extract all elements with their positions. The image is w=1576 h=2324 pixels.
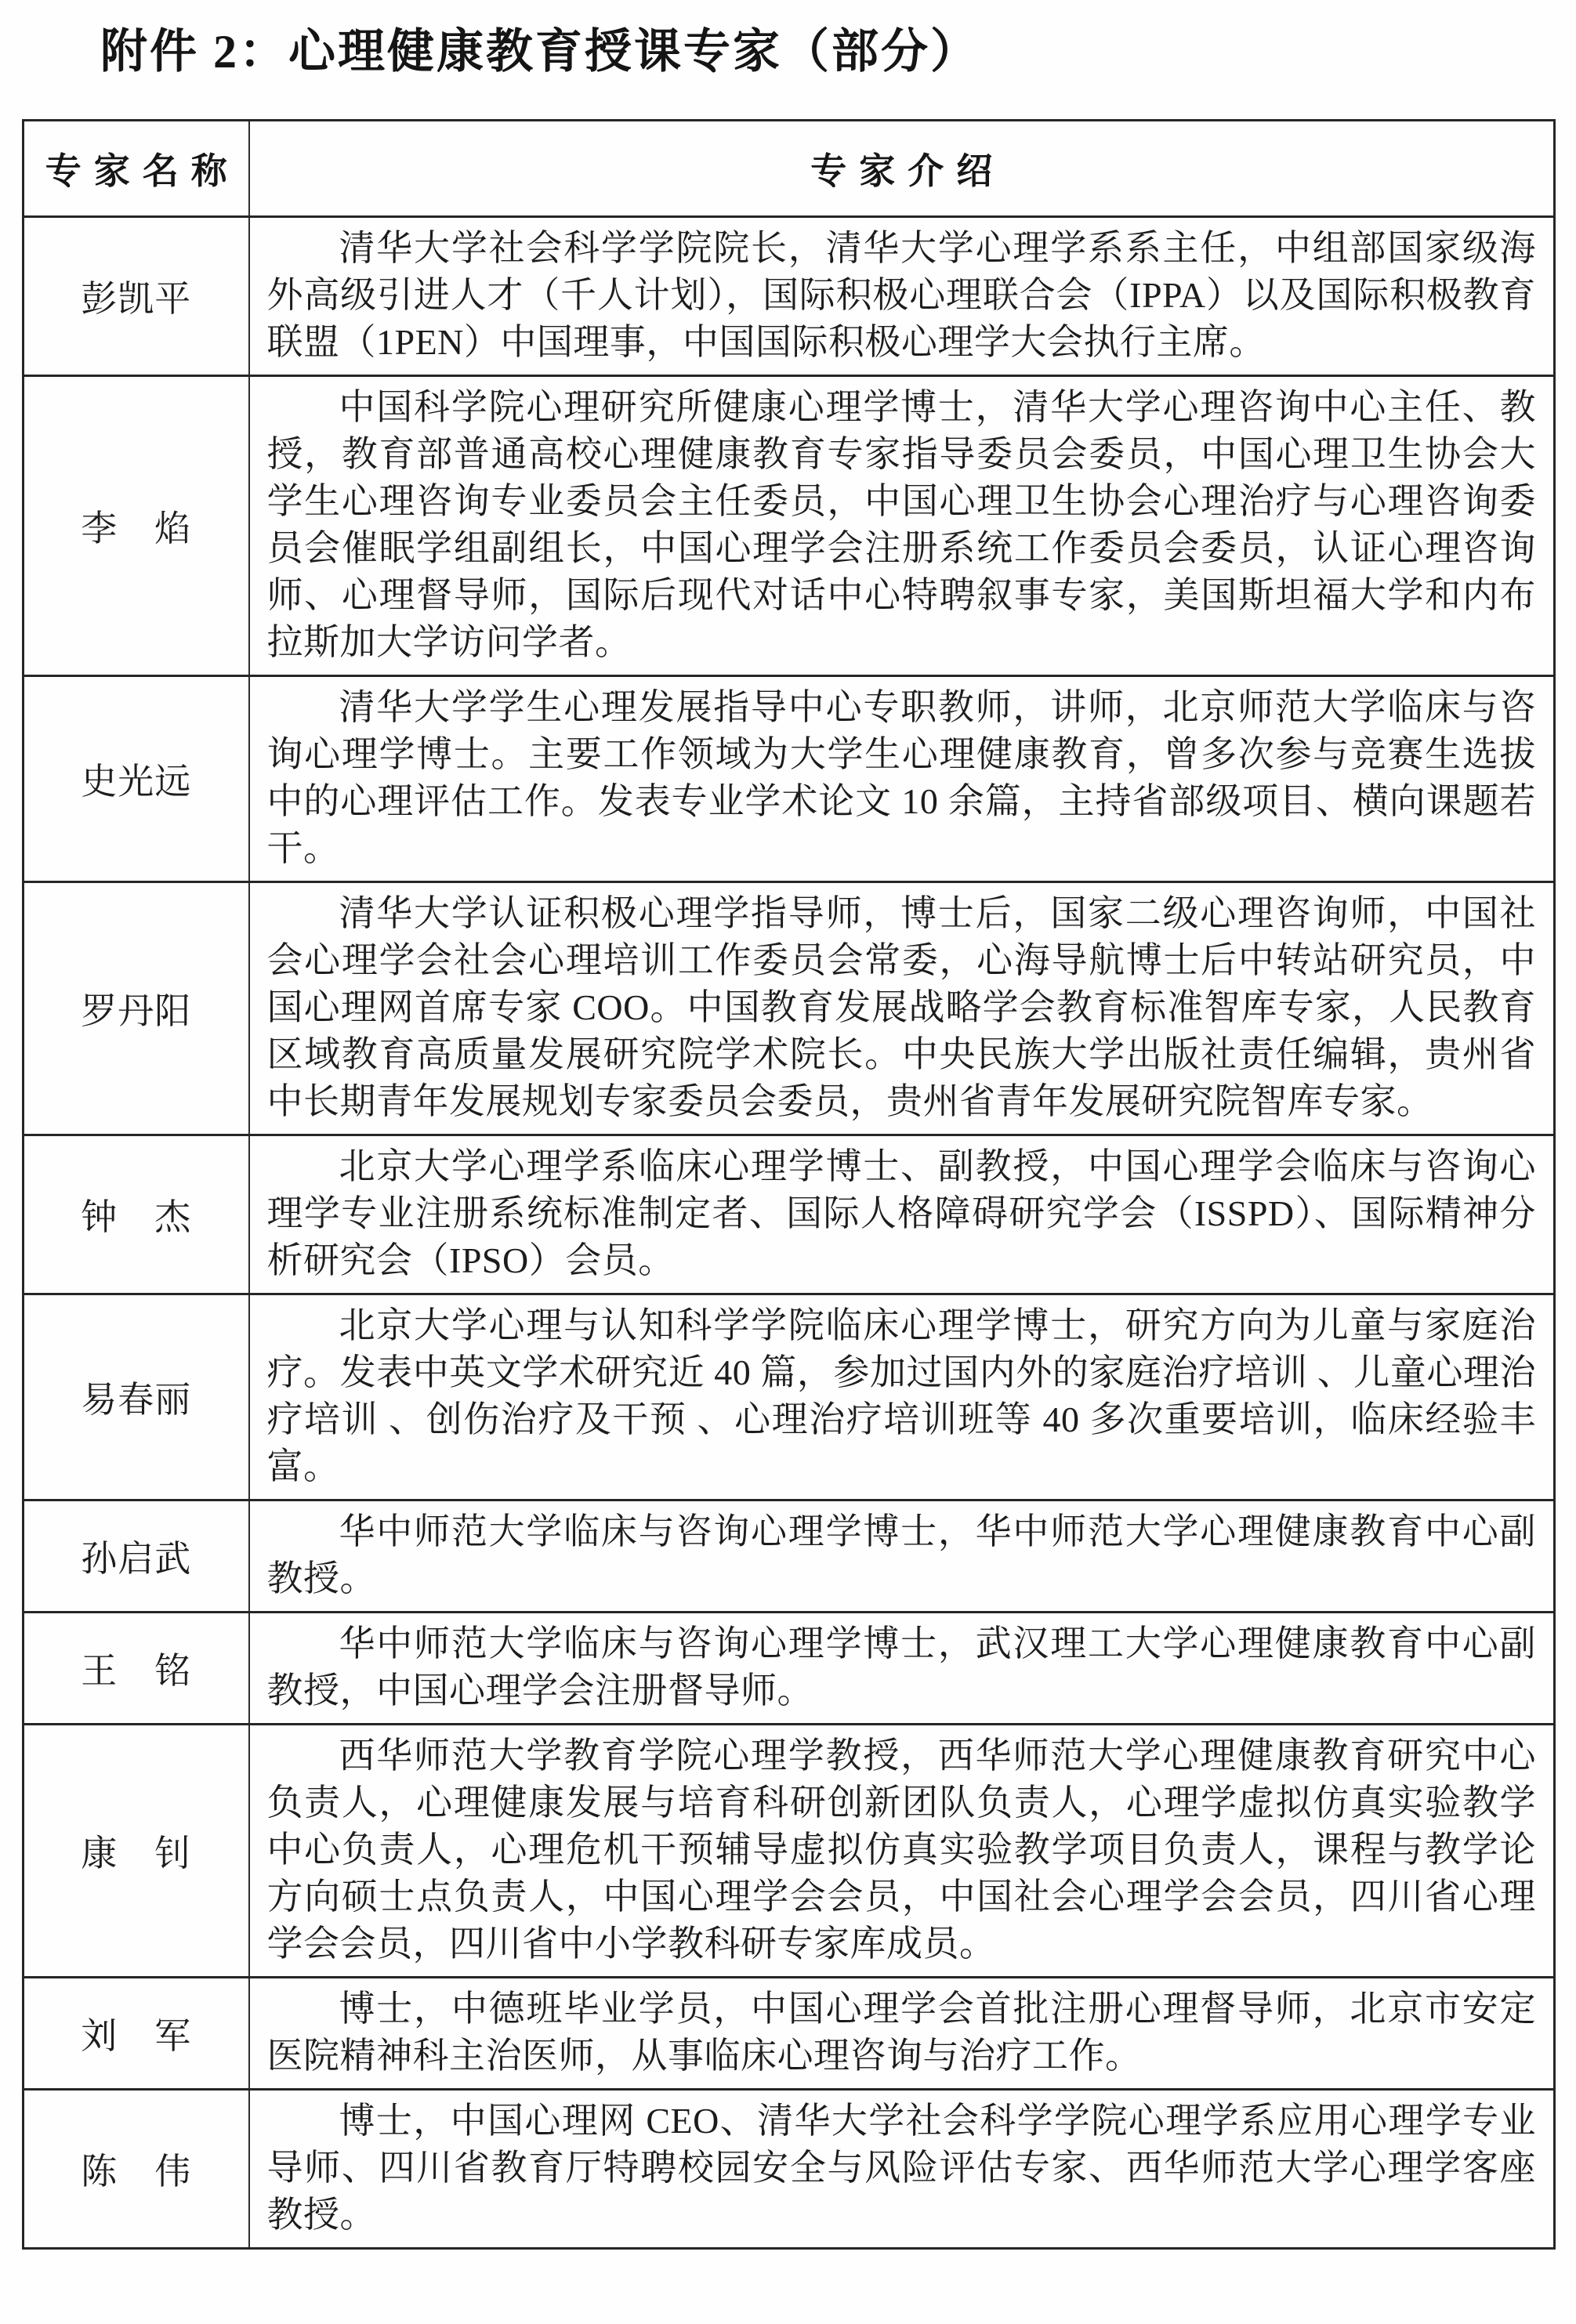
expert-intro: 博士，中德班毕业学员，中国心理学会首批注册心理督导师，北京市安定医院精神科主治医… xyxy=(267,1986,1537,2080)
expert-name: 易春丽 xyxy=(24,1294,249,1500)
expert-intro-cell: 华中师范大学临床与咨询心理学博士，华中师范大学心理健康教育中心副教授。 xyxy=(249,1500,1555,1613)
expert-intro: 博士，中国心理网 CEO、清华大学社会科学学院心理学系应用心理学专业导师、四川省… xyxy=(267,2098,1537,2239)
table-row: 彭凯平清华大学社会科学学院院长，清华大学心理学系系主任，中组部国家级海外高级引进… xyxy=(24,217,1555,376)
expert-name: 钟 杰 xyxy=(24,1135,249,1294)
table-row: 李 焰中国科学院心理研究所健康心理学博士，清华大学心理咨询中心主任、教授，教育部… xyxy=(24,376,1555,676)
expert-name: 刘 军 xyxy=(24,1978,249,2090)
expert-name: 李 焰 xyxy=(24,376,249,676)
experts-table-header: 专家名称 专家介绍 xyxy=(24,121,1555,217)
expert-intro: 中国科学院心理研究所健康心理学博士，清华大学心理咨询中心主任、教授，教育部普通高… xyxy=(267,384,1537,666)
expert-name: 彭凯平 xyxy=(24,217,249,376)
expert-name: 史光远 xyxy=(24,676,249,882)
experts-table-body: 彭凯平清华大学社会科学学院院长，清华大学心理学系系主任，中组部国家级海外高级引进… xyxy=(24,217,1555,2249)
table-row: 罗丹阳清华大学认证积极心理学指导师，博士后，国家二级心理咨询师，中国社会心理学会… xyxy=(24,882,1555,1135)
header-row: 专家名称 专家介绍 xyxy=(24,121,1555,217)
expert-intro-cell: 华中师范大学临床与咨询心理学博士，武汉理工大学心理健康教育中心副教授，中国心理学… xyxy=(249,1613,1555,1725)
expert-intro-cell: 中国科学院心理研究所健康心理学博士，清华大学心理咨询中心主任、教授，教育部普通高… xyxy=(249,376,1555,676)
expert-intro: 华中师范大学临床与咨询心理学博士，华中师范大学心理健康教育中心副教授。 xyxy=(267,1508,1537,1602)
expert-intro: 西华师范大学教育学院心理学教授，西华师范大学心理健康教育研究中心负责人，心理健康… xyxy=(267,1732,1537,1967)
expert-intro-cell: 清华大学认证积极心理学指导师，博士后，国家二级心理咨询师，中国社会心理学会社会心… xyxy=(249,882,1555,1135)
experts-table: 专家名称 专家介绍 彭凯平清华大学社会科学学院院长，清华大学心理学系系主任，中组… xyxy=(22,119,1556,2250)
expert-intro-cell: 博士，中德班毕业学员，中国心理学会首批注册心理督导师，北京市安定医院精神科主治医… xyxy=(249,1978,1555,2090)
expert-intro: 清华大学社会科学学院院长，清华大学心理学系系主任，中组部国家级海外高级引进人才（… xyxy=(267,225,1537,366)
table-row: 王 铭华中师范大学临床与咨询心理学博士，武汉理工大学心理健康教育中心副教授，中国… xyxy=(24,1613,1555,1725)
table-row: 康 钊西华师范大学教育学院心理学教授，西华师范大学心理健康教育研究中心负责人，心… xyxy=(24,1725,1555,1978)
expert-intro-cell: 北京大学心理与认知科学学院临床心理学博士，研究方向为儿童与家庭治疗。发表中英文学… xyxy=(249,1294,1555,1500)
expert-intro: 华中师范大学临床与咨询心理学博士，武汉理工大学心理健康教育中心副教授，中国心理学… xyxy=(267,1620,1537,1714)
expert-name: 孙启武 xyxy=(24,1500,249,1613)
expert-intro-cell: 北京大学心理学系临床心理学博士、副教授，中国心理学会临床与咨询心理学专业注册系统… xyxy=(249,1135,1555,1294)
expert-intro-cell: 博士，中国心理网 CEO、清华大学社会科学学院心理学系应用心理学专业导师、四川省… xyxy=(249,2090,1555,2249)
expert-intro-cell: 清华大学学生心理发展指导中心专职教师，讲师，北京师范大学临床与咨询心理学博士。主… xyxy=(249,676,1555,882)
expert-name: 王 铭 xyxy=(24,1613,249,1725)
expert-name: 陈 伟 xyxy=(24,2090,249,2249)
expert-intro: 清华大学学生心理发展指导中心专职教师，讲师，北京师范大学临床与咨询心理学博士。主… xyxy=(267,684,1537,872)
table-row: 陈 伟博士，中国心理网 CEO、清华大学社会科学学院心理学系应用心理学专业导师、… xyxy=(24,2090,1555,2249)
expert-intro: 北京大学心理学系临床心理学博士、副教授，中国心理学会临床与咨询心理学专业注册系统… xyxy=(267,1143,1537,1284)
header-expert-intro: 专家介绍 xyxy=(249,121,1555,217)
expert-intro: 清华大学认证积极心理学指导师，博士后，国家二级心理咨询师，中国社会心理学会社会心… xyxy=(267,890,1537,1125)
document-title: 附件 2：心理健康教育授课专家（部分） xyxy=(0,0,1576,80)
document-page: 附件 2：心理健康教育授课专家（部分） 专家名称 专家介绍 彭凯平清华大学社会科… xyxy=(0,0,1576,2324)
expert-intro: 北京大学心理与认知科学学院临床心理学博士，研究方向为儿童与家庭治疗。发表中英文学… xyxy=(267,1302,1537,1490)
table-row: 刘 军博士，中德班毕业学员，中国心理学会首批注册心理督导师，北京市安定医院精神科… xyxy=(24,1978,1555,2090)
expert-name: 罗丹阳 xyxy=(24,882,249,1135)
table-row: 史光远清华大学学生心理发展指导中心专职教师，讲师，北京师范大学临床与咨询心理学博… xyxy=(24,676,1555,882)
expert-intro-cell: 清华大学社会科学学院院长，清华大学心理学系系主任，中组部国家级海外高级引进人才（… xyxy=(249,217,1555,376)
table-row: 易春丽北京大学心理与认知科学学院临床心理学博士，研究方向为儿童与家庭治疗。发表中… xyxy=(24,1294,1555,1500)
table-row: 钟 杰北京大学心理学系临床心理学博士、副教授，中国心理学会临床与咨询心理学专业注… xyxy=(24,1135,1555,1294)
header-expert-name: 专家名称 xyxy=(24,121,249,217)
table-row: 孙启武华中师范大学临床与咨询心理学博士，华中师范大学心理健康教育中心副教授。 xyxy=(24,1500,1555,1613)
expert-intro-cell: 西华师范大学教育学院心理学教授，西华师范大学心理健康教育研究中心负责人，心理健康… xyxy=(249,1725,1555,1978)
expert-name: 康 钊 xyxy=(24,1725,249,1978)
